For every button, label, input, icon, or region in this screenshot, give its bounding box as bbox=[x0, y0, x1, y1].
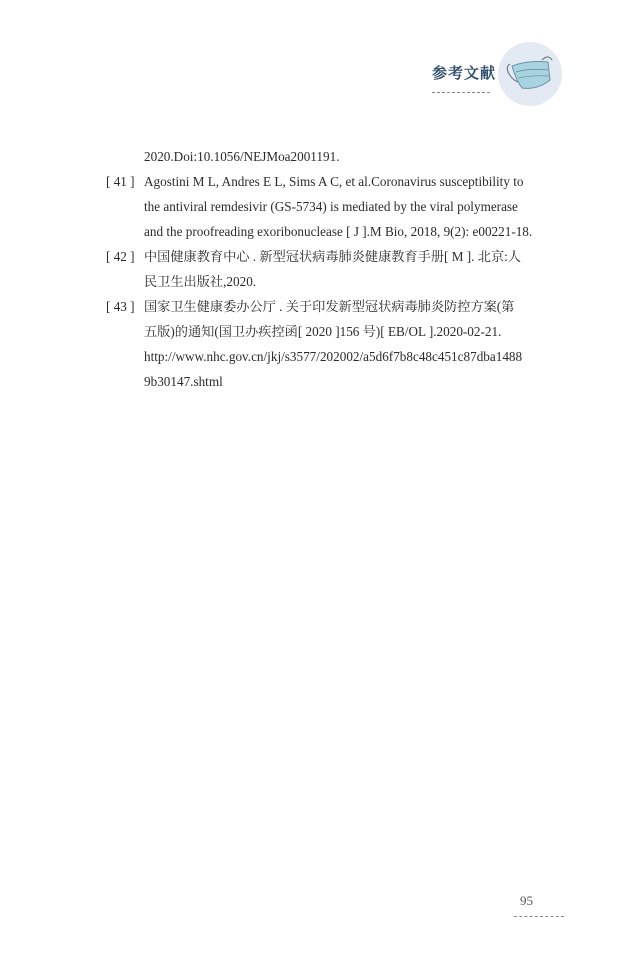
page-number: 95 bbox=[520, 893, 533, 909]
reference-line: Agostini M L, Andres E L, Sims A C, et a… bbox=[144, 169, 566, 194]
footer-dashed-rule bbox=[514, 916, 564, 917]
reference-item-41: [ 41 ] Agostini M L, Andres E L, Sims A … bbox=[106, 169, 566, 244]
reference-item-43: [ 43 ] 国家卫生健康委办公厅 . 关于印发新型冠状病毒肺炎防控方案(第 五… bbox=[106, 294, 566, 394]
reference-continuation: 2020.Doi:10.1056/NEJMoa2001191. bbox=[106, 144, 566, 169]
reference-line: 民卫生出版社,2020. bbox=[144, 269, 566, 294]
reference-number: [ 42 ] bbox=[106, 244, 142, 269]
reference-line: 9b30147.shtml bbox=[144, 369, 566, 394]
reference-line: http://www.nhc.gov.cn/jkj/s3577/202002/a… bbox=[144, 344, 566, 369]
reference-line: 五版)的通知(国卫办疾控函[ 2020 ]156 号)[ EB/OL ].202… bbox=[144, 319, 566, 344]
reference-line: 国家卫生健康委办公厅 . 关于印发新型冠状病毒肺炎防控方案(第 bbox=[144, 294, 566, 319]
section-title: 参考文献 bbox=[432, 62, 496, 83]
reference-line: and the proofreading exoribonuclease [ J… bbox=[144, 219, 566, 244]
reference-number: [ 41 ] bbox=[106, 169, 142, 194]
reference-line: 2020.Doi:10.1056/NEJMoa2001191. bbox=[144, 149, 340, 164]
header-dashed-rule bbox=[432, 92, 490, 93]
reference-list: 2020.Doi:10.1056/NEJMoa2001191. [ 41 ] A… bbox=[106, 144, 566, 394]
reference-item-42: [ 42 ] 中国健康教育中心 . 新型冠状病毒肺炎健康教育手册[ M ]. 北… bbox=[106, 244, 566, 294]
reference-line: the antiviral remdesivir (GS-5734) is me… bbox=[144, 194, 566, 219]
face-mask-icon bbox=[498, 42, 562, 106]
reference-number: [ 43 ] bbox=[106, 294, 142, 319]
reference-line: 中国健康教育中心 . 新型冠状病毒肺炎健康教育手册[ M ]. 北京:人 bbox=[144, 244, 566, 269]
